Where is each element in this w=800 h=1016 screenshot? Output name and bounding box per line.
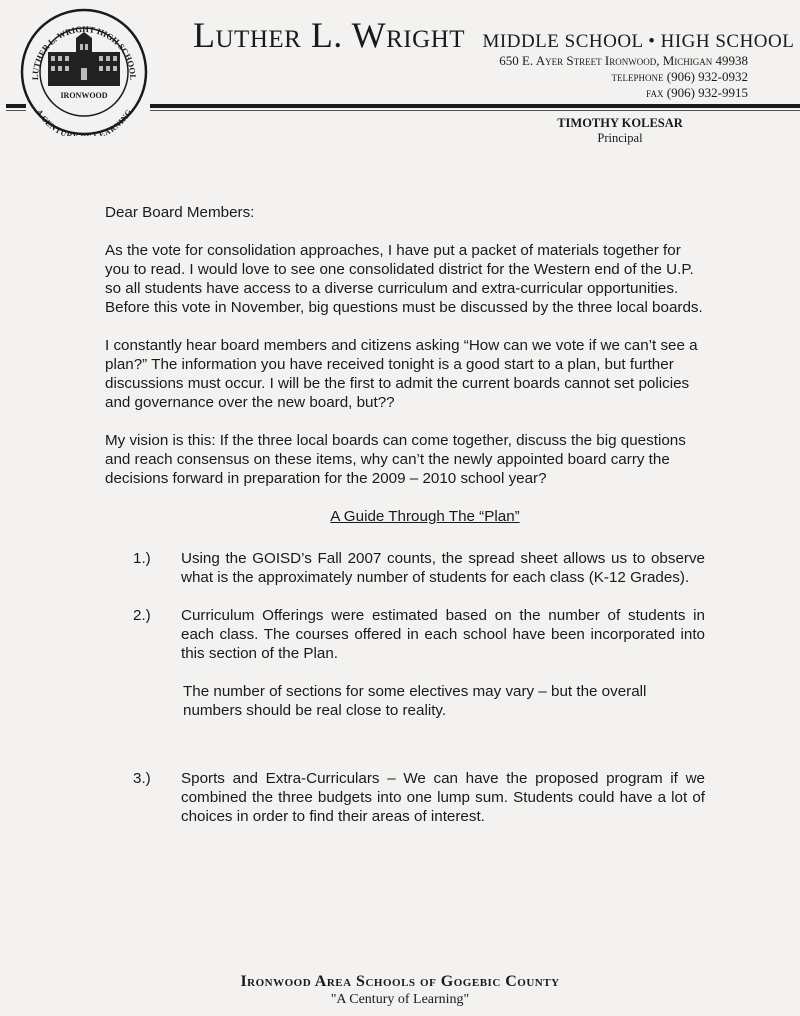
guide-title: A Guide Through The “Plan” <box>105 507 705 526</box>
seal-center-text: IRONWOOD <box>60 91 107 100</box>
school-fax: fax (906) 932-9915 <box>646 85 748 101</box>
footer-organization: Ironwood Area Schools of Gogebic County <box>0 973 800 991</box>
principal-block: TIMOTHY KOLESAR Principal <box>510 116 730 146</box>
guide-item: 3.) Sports and Extra-Curriculars – We ca… <box>105 769 705 826</box>
item-note: The number of sections for some elective… <box>105 682 705 720</box>
item-number: 3.) <box>133 769 151 788</box>
item-text: Curriculum Offerings were estimated base… <box>181 607 705 662</box>
header-rule-left <box>6 104 26 108</box>
letter-body: Dear Board Members: As the vote for cons… <box>105 203 705 845</box>
school-levels: MIDDLE SCHOOL • HIGH SCHOOL <box>483 31 795 52</box>
footer-motto: "A Century of Learning" <box>0 992 800 1008</box>
header-rule-thin <box>150 110 800 111</box>
principal-name: TIMOTHY KOLESAR <box>510 116 730 131</box>
item-text: Using the GOISD’s Fall 2007 counts, the … <box>181 550 705 586</box>
item-text: Sports and Extra-Curriculars – We can ha… <box>181 770 705 825</box>
salutation: Dear Board Members: <box>105 203 705 222</box>
paragraph: As the vote for consolidation approaches… <box>105 241 705 317</box>
paragraph: I constantly hear board members and citi… <box>105 336 705 412</box>
school-name: Luther L. Wright <box>193 15 465 55</box>
school-address: 650 E. Ayer Street Ironwood, Michigan 49… <box>499 53 748 69</box>
footer: Ironwood Area Schools of Gogebic County … <box>0 973 800 1008</box>
school-name-header: Luther L. Wright MIDDLE SCHOOL • HIGH SC… <box>193 14 794 56</box>
principal-title: Principal <box>510 131 730 146</box>
item-number: 2.) <box>133 606 151 625</box>
guide-item: 2.) Curriculum Offerings were estimated … <box>105 606 705 663</box>
header-rule <box>150 104 800 108</box>
header-rule-left-thin <box>6 110 26 111</box>
paragraph: My vision is this: If the three local bo… <box>105 431 705 488</box>
item-number: 1.) <box>133 549 151 568</box>
guide-item: 1.) Using the GOISD’s Fall 2007 counts, … <box>105 549 705 587</box>
school-telephone: telephone (906) 932-0932 <box>612 69 748 85</box>
school-seal-logo: IRONWOOD LUTHER L. WRIGHT HIGH SCHOOL A … <box>20 8 148 136</box>
